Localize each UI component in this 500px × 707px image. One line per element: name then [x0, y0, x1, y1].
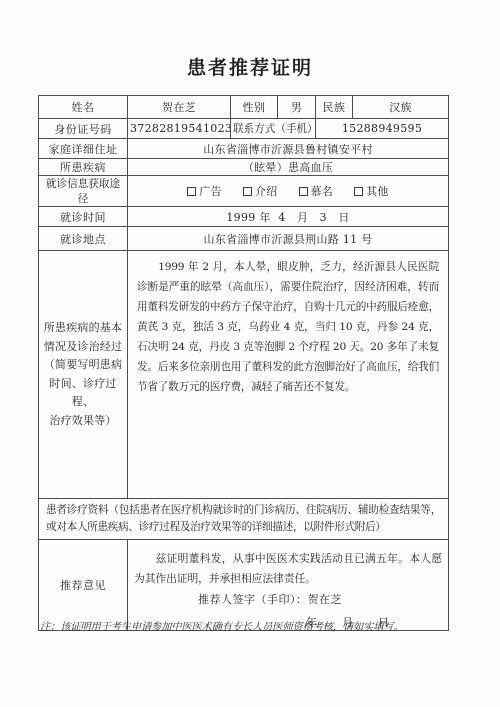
checkbox-icon[interactable]: [354, 187, 363, 196]
disease-label: 所患疾病: [39, 159, 128, 176]
checkbox-label: 广告: [199, 183, 222, 199]
row-visit-time: 就诊时间 1999 年 4 月 3 日: [39, 207, 449, 227]
checkbox-icon[interactable]: [187, 187, 196, 196]
gender-value: 男: [278, 96, 316, 119]
recommender-signature: 推荐人签字（手印）：贺在芝: [134, 591, 442, 607]
condition-label: 所患疾病的基本情况及诊治经过（简要写明患病时间、诊疗过程、治疗效果等）: [39, 251, 128, 499]
row-recommendation: 推荐意见 兹证明董科发，从事中医医术实践活动且已满五年。本人愿为其作出证明，并承…: [39, 540, 449, 631]
checkbox-label: 介绍: [255, 183, 278, 199]
contact-value: 15288949595: [316, 119, 449, 139]
gender-label: 性别: [231, 96, 278, 119]
row-condition: 所患疾病的基本情况及诊治经过（简要写明患病时间、诊疗过程、治疗效果等） 1999…: [39, 251, 449, 499]
condition-text: 1999 年 2 月，本人晕，眼皮肿，乏力，经沂源县人民医院诊断是严重的眩晕（高…: [128, 251, 449, 499]
row-address: 家庭详细住址 山东省淄博市沂源县鲁村镇安平村: [39, 139, 449, 159]
checkbox-icon[interactable]: [299, 187, 308, 196]
checkbox-option-reputation[interactable]: 慕名: [299, 183, 334, 199]
info-channel-label: 就诊信息获取途径: [39, 176, 128, 207]
checkbox-option-other[interactable]: 其他: [354, 183, 389, 199]
document-footnote: 注：该证明用于考生申请参加中医医术确有专长人员医师资格考核，请如实填写。: [40, 618, 470, 633]
row-info-channel: 就诊信息获取途径 广告 介绍 慕名 其他: [39, 176, 449, 207]
patient-form-table: 姓名 贺在芝 性别 男 民族 汉族 身份证号码 3728281954102304…: [38, 95, 449, 631]
recommendation-cell: 兹证明董科发，从事中医医术实践活动且已满五年。本人愿为其作出证明，并承担相应法律…: [128, 540, 449, 631]
info-channel-options: 广告 介绍 慕名 其他: [128, 176, 449, 207]
ethnicity-value: 汉族: [353, 96, 449, 119]
disease-value: （眩晕）患高血压: [128, 159, 449, 176]
address-label: 家庭详细住址: [39, 139, 128, 159]
records-note: 患者诊疗资料（包括患者在医疗机构就诊时的门诊病历、住院病历、辅助检查结果等，或对…: [39, 499, 449, 540]
name-label: 姓名: [39, 96, 128, 119]
contact-label: 联系方式（手机）: [231, 119, 316, 139]
checkbox-option-ad[interactable]: 广告: [187, 183, 222, 199]
row-records-note: 患者诊疗资料（包括患者在医疗机构就诊时的门诊病历、住院病历、辅助检查结果等，或对…: [39, 499, 449, 540]
row-visit-place: 就诊地点 山东省淄博市沂源县荆山路 11 号: [39, 227, 449, 251]
address-value: 山东省淄博市沂源县鲁村镇安平村: [128, 139, 449, 159]
visit-time-label: 就诊时间: [39, 207, 128, 227]
visit-place-value: 山东省淄博市沂源县荆山路 11 号: [128, 227, 449, 251]
row-name: 姓名 贺在芝 性别 男 民族 汉族: [39, 96, 449, 119]
row-disease: 所患疾病 （眩晕）患高血压: [39, 159, 449, 176]
checkbox-label: 其他: [366, 183, 389, 199]
id-number-label: 身份证号码: [39, 119, 128, 139]
recommendation-text: 兹证明董科发，从事中医医术实践活动且已满五年。本人愿为其作出证明，并承担相应法律…: [134, 549, 442, 589]
id-number-value: 372828195410230457: [128, 119, 231, 139]
checkbox-icon[interactable]: [243, 187, 252, 196]
checkbox-label: 慕名: [311, 183, 334, 199]
document-title: 患者推荐证明: [0, 53, 500, 80]
checkbox-option-referral[interactable]: 介绍: [243, 183, 278, 199]
ethnicity-label: 民族: [316, 96, 353, 119]
recommendation-label: 推荐意见: [39, 540, 128, 631]
name-value: 贺在芝: [128, 96, 231, 119]
document-page: 患者推荐证明 姓名 贺在芝 性别 男 民族 汉族 身份证号码 372828195…: [0, 0, 500, 707]
row-id-contact: 身份证号码 372828195410230457 联系方式（手机） 152889…: [39, 119, 449, 139]
visit-place-label: 就诊地点: [39, 227, 128, 251]
visit-time-value: 1999 年 4 月 3 日: [128, 207, 449, 227]
